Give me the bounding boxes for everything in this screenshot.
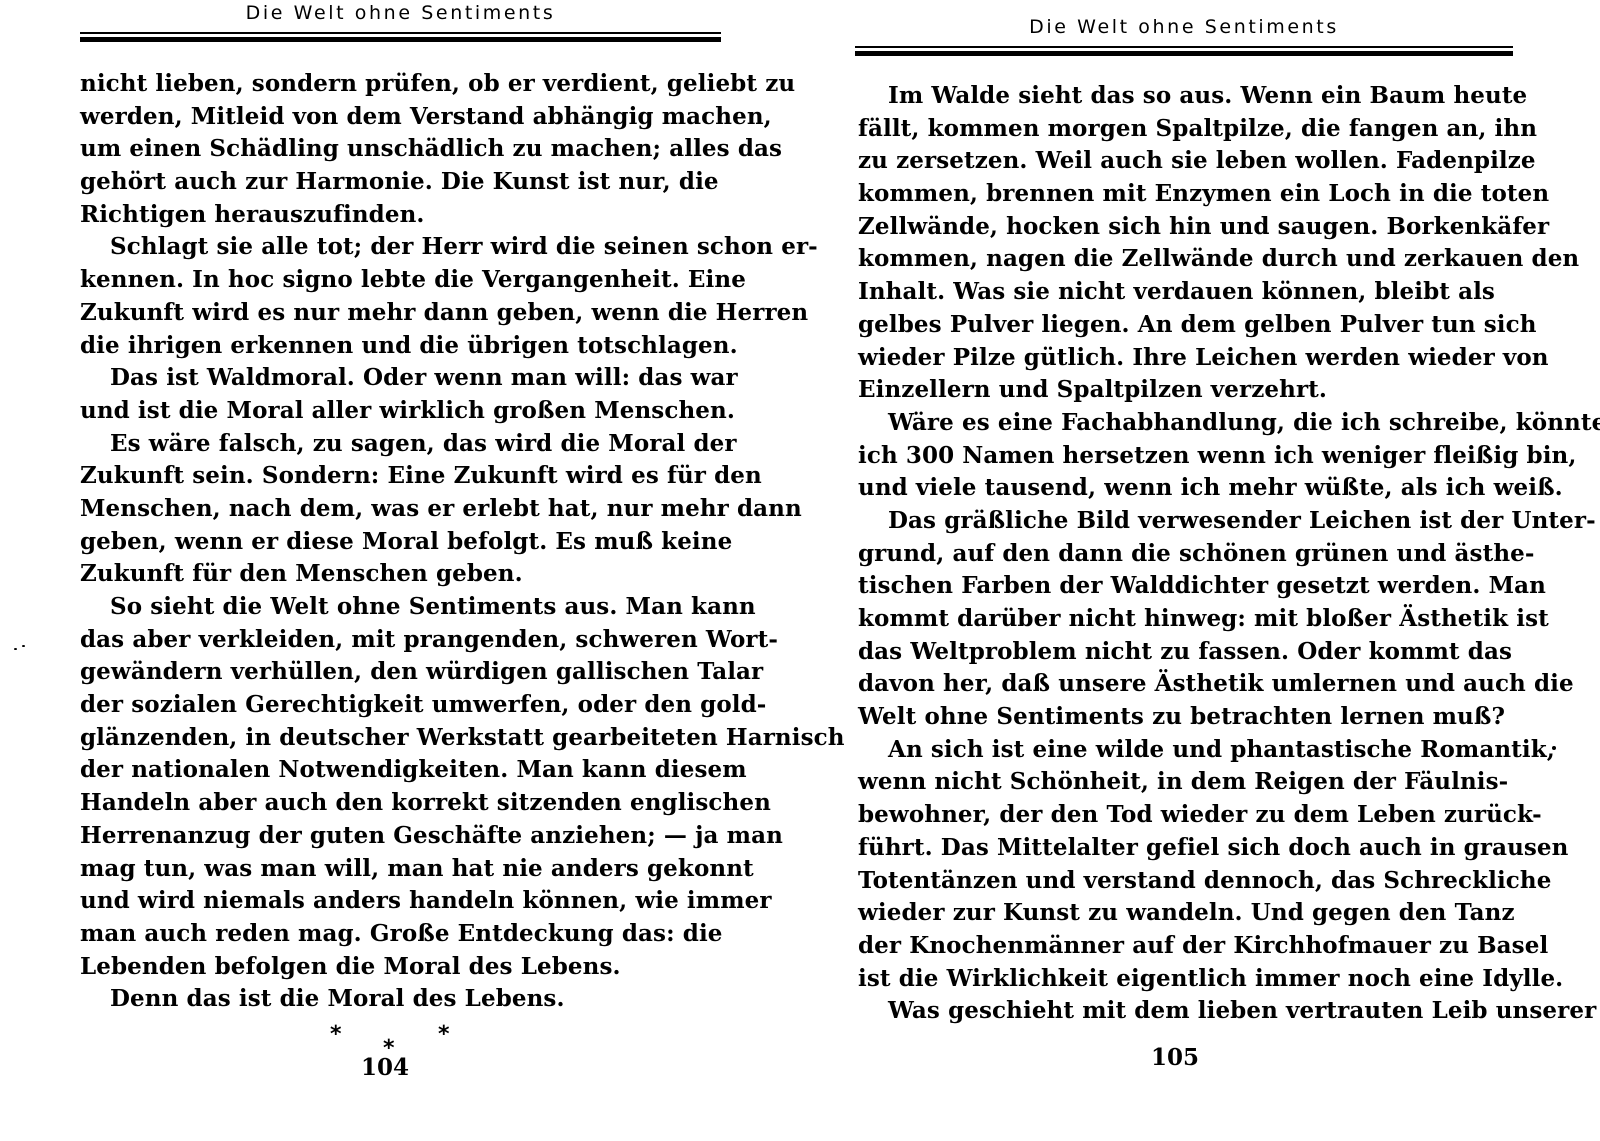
body-text: nicht lieben, sondern prüfen, ob er verd… — [80, 68, 705, 1016]
text-line: Zellwände, hocken sich hin und saugen. B… — [858, 211, 1486, 244]
text-line: man auch reden mag. Große Entdeckung das… — [80, 918, 705, 951]
text-line: geben, wenn er diese Moral befolgt. Es m… — [80, 526, 705, 559]
text-line: Lebenden befolgen die Moral des Lebens. — [80, 951, 705, 984]
text-line: Richtigen herauszufinden. — [80, 199, 705, 232]
text-line: davon her, daß unsere Ästhetik umlernen … — [858, 668, 1486, 701]
text-line: Zukunft für den Menschen geben. — [80, 558, 705, 591]
text-line: und viele tausend, wenn ich mehr wüßte, … — [858, 472, 1486, 505]
scan-speck — [22, 645, 25, 647]
text-line: gewändern verhüllen, den würdigen gallis… — [80, 656, 705, 689]
text-line: kommt darüber nicht hinweg: mit bloßer Ä… — [858, 603, 1486, 636]
text-line: So sieht die Welt ohne Sentiments aus. M… — [80, 591, 705, 624]
body-text: Im Walde sieht das so aus. Wenn ein Baum… — [858, 80, 1486, 1028]
left-page: Die Welt ohne Sentiments nicht lieben, s… — [0, 0, 800, 1141]
text-line: das aber verkleiden, mit prangenden, sch… — [80, 624, 705, 657]
text-line: die ihrigen erkennen und die übrigen tot… — [80, 330, 705, 363]
text-line: Denn das ist die Moral des Lebens. — [80, 983, 705, 1016]
text-line: Zukunft wird es nur mehr dann geben, wen… — [80, 297, 705, 330]
text-line: wieder Pilze gütlich. Ihre Leichen werde… — [858, 342, 1486, 375]
section-break-asterisk: * — [330, 1022, 342, 1047]
text-line: An sich ist eine wilde und phantastische… — [858, 734, 1486, 767]
text-line: glänzenden, in deutscher Werkstatt gearb… — [80, 722, 705, 755]
text-line: Welt ohne Sentiments zu betrachten lerne… — [858, 701, 1486, 734]
text-line: Das gräßliche Bild verwesender Leichen i… — [858, 505, 1486, 538]
text-line: ich 300 Namen hersetzen wenn ich weniger… — [858, 440, 1486, 473]
section-break-asterisk: * — [438, 1022, 450, 1047]
text-line: und ist die Moral aller wirklich großen … — [80, 395, 705, 428]
text-line: kommen, brennen mit Enzymen ein Loch in … — [858, 178, 1486, 211]
right-page: Die Welt ohne Sentiments Im Walde sieht … — [800, 0, 1600, 1141]
text-line: mag tun, was man will, man hat nie ander… — [80, 853, 705, 886]
text-line: Einzellern und Spaltpilzen verzehrt. — [858, 374, 1486, 407]
page-number: 104 — [340, 1054, 430, 1081]
text-line: das Weltproblem nicht zu fassen. Oder ko… — [858, 636, 1486, 669]
text-line: bewohner, der den Tod wieder zu dem Lebe… — [858, 799, 1486, 832]
running-head: Die Welt ohne Sentiments — [855, 16, 1513, 38]
header-rule-thin — [80, 32, 721, 34]
running-head: Die Welt ohne Sentiments — [80, 2, 721, 24]
text-line: Menschen, nach dem, was er erlebt hat, n… — [80, 493, 705, 526]
text-line: Im Walde sieht das so aus. Wenn ein Baum… — [858, 80, 1486, 113]
text-line: grund, auf den dann die schönen grünen u… — [858, 538, 1486, 571]
text-line: wieder zur Kunst zu wandeln. Und gegen d… — [858, 897, 1486, 930]
text-line: Handeln aber auch den korrekt sitzenden … — [80, 787, 705, 820]
text-line: fällt, kommen morgen Spaltpilze, die fan… — [858, 113, 1486, 146]
header-rule-thin — [855, 46, 1513, 48]
text-line: der nationalen Notwendigkeiten. Man kann… — [80, 754, 705, 787]
text-line: wenn nicht Schönheit, in dem Reigen der … — [858, 766, 1486, 799]
page-number: 105 — [1130, 1044, 1220, 1071]
text-line: Wäre es eine Fachabhandlung, die ich sch… — [858, 407, 1486, 440]
text-line: Totentänzen und verstand dennoch, das Sc… — [858, 865, 1486, 898]
scan-speck — [1552, 746, 1556, 750]
text-line: und wird niemals anders handeln können, … — [80, 885, 705, 918]
text-line: ist die Wirklichkeit eigentlich immer no… — [858, 963, 1486, 996]
text-line: werden, Mitleid von dem Verstand abhängi… — [80, 101, 705, 134]
text-line: Das ist Waldmoral. Oder wenn man will: d… — [80, 362, 705, 395]
header-rule-thick — [855, 51, 1513, 56]
text-line: um einen Schädling unschädlich zu machen… — [80, 133, 705, 166]
text-line: kennen. In hoc signo lebte die Vergangen… — [80, 264, 705, 297]
text-line: führt. Das Mittelalter gefiel sich doch … — [858, 832, 1486, 865]
text-line: gehört auch zur Harmonie. Die Kunst ist … — [80, 166, 705, 199]
text-line: zu zersetzen. Weil auch sie leben wollen… — [858, 145, 1486, 178]
text-line: nicht lieben, sondern prüfen, ob er verd… — [80, 68, 705, 101]
text-line: tischen Farben der Walddichter gesetzt w… — [858, 570, 1486, 603]
text-line: der Knochenmänner auf der Kirchhofmauer … — [858, 930, 1486, 963]
text-line: Herrenanzug der guten Geschäfte anziehen… — [80, 820, 705, 853]
scan-speck — [14, 648, 17, 650]
header-rule-thick — [80, 37, 721, 42]
text-line: Was geschieht mit dem lieben vertrauten … — [858, 995, 1486, 1028]
text-line: der sozialen Gerechtigkeit umwerfen, ode… — [80, 689, 705, 722]
text-line: kommen, nagen die Zellwände durch und ze… — [858, 243, 1486, 276]
text-line: Zukunft sein. Sondern: Eine Zukunft wird… — [80, 460, 705, 493]
text-line: gelbes Pulver liegen. An dem gelben Pulv… — [858, 309, 1486, 342]
text-line: Inhalt. Was sie nicht verdauen können, b… — [858, 276, 1486, 309]
text-line: Schlagt sie alle tot; der Herr wird die … — [80, 231, 705, 264]
text-line: Es wäre falsch, zu sagen, das wird die M… — [80, 428, 705, 461]
